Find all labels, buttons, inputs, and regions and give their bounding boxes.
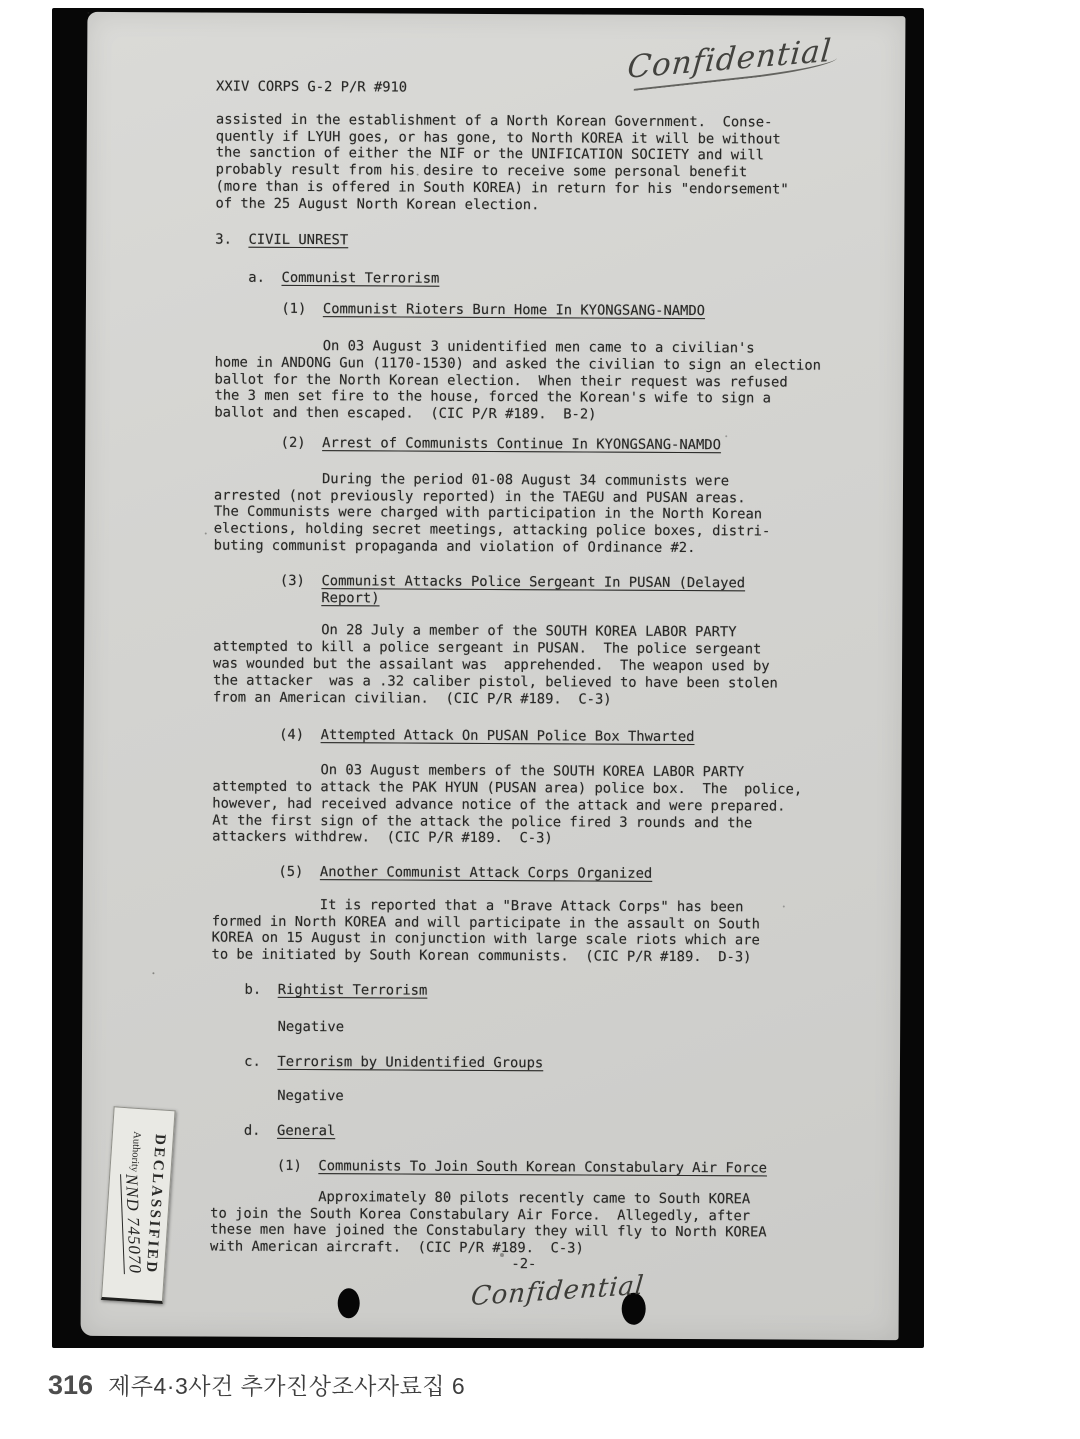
item-a3-title: Communist Attacks Police Sergeant In PUS… (321, 573, 745, 591)
section-3-number: 3. (215, 231, 248, 247)
subsection-a-heading: a. Communist Terrorism (215, 270, 843, 290)
item-a5-paragraph: It is reported that a "Brave Attack Corp… (211, 896, 839, 966)
declassified-stamp-text: DECLASSIFIED AuthorityNND 745070 (103, 1109, 171, 1296)
typed-content: XXIV CORPS G-2 P/R #910 assisted in the … (210, 79, 844, 1275)
book-caption: 316 제주4·3사건 추가진상조사자료집 6 (48, 1368, 465, 1401)
item-a3-heading-line2: Report) (213, 589, 841, 609)
item-a1-number: (1) (215, 301, 323, 318)
item-a5-title: Another Communist Attack Corps Organized (320, 864, 652, 882)
declassified-stamp: DECLASSIFIED AuthorityNND 745070 (101, 1106, 176, 1304)
subsection-c-title: Terrorism by Unidentified Groups (277, 1054, 543, 1071)
item-a3-title-line2: Report) (321, 590, 379, 606)
item-a2-paragraph: During the period 01-08 August 34 commun… (214, 470, 842, 557)
item-a5-number: (5) (212, 864, 320, 881)
item-a2-number: (2) (214, 434, 322, 451)
handwritten-confidential-bottom: Confidential (470, 1271, 646, 1312)
subsection-b-negative: Negative (211, 1018, 839, 1038)
subsection-d-heading: d. General (211, 1123, 839, 1143)
item-a5-heading: (5) Another Communist Attack Corps Organ… (212, 864, 840, 884)
item-a3-number: (3) (213, 572, 321, 589)
item-d1-title: Communists To Join South Korean Constabu… (318, 1158, 767, 1176)
item-a1-heading: (1) Communist Rioters Burn Home In KYONG… (215, 301, 843, 321)
subsection-a-letter: a. (215, 270, 282, 286)
item-a4-heading: (4) Attempted Attack On PUSAN Police Box… (213, 727, 841, 747)
report-header: XXIV CORPS G-2 P/R #910 (216, 79, 844, 99)
book-title-text: 제주4·3사건 추가진상조사자료집 6 (108, 1368, 465, 1401)
scanned-document-image: Confidential XXIV CORPS G-2 P/R #910 ass… (52, 8, 924, 1348)
item-d1-paragraph: Approximately 80 pilots recently came to… (210, 1188, 838, 1258)
document-paper: Confidential XXIV CORPS G-2 P/R #910 ass… (81, 12, 906, 1340)
paper-speckles (87, 12, 89, 14)
subsection-b-heading: b. Rightist Terrorism (211, 982, 839, 1002)
item-a3-line2-indent (213, 589, 321, 606)
section-3-title: CIVIL UNREST (248, 231, 348, 248)
item-d1-heading: (1) Communists To Join South Korean Cons… (210, 1158, 838, 1178)
item-a4-number: (4) (213, 727, 321, 744)
subsection-a-title: Communist Terrorism (281, 270, 439, 287)
authority-number-handwritten: NND 745070 (120, 1174, 145, 1275)
subsection-c-heading: c. Terrorism by Unidentified Groups (211, 1053, 839, 1073)
item-a1-paragraph: On 03 August 3 unidentified men came to … (214, 338, 842, 425)
subsection-d-title: General (277, 1123, 335, 1139)
authority-label: Authority (128, 1131, 142, 1172)
subsection-c-letter: c. (211, 1053, 278, 1069)
section-3-heading: 3. CIVIL UNREST (215, 231, 843, 251)
subsection-b-letter: b. (211, 982, 278, 998)
item-a2-title: Arrest of Communists Continue In KYONGSA… (322, 435, 721, 453)
intro-paragraph: assisted in the establishment of a North… (215, 111, 844, 215)
item-d1-number: (1) (210, 1158, 318, 1175)
subsection-c-negative: Negative (211, 1088, 839, 1108)
item-a1-title: Communist Rioters Burn Home In KYONGSANG… (323, 301, 705, 319)
subsection-d-letter: d. (211, 1123, 278, 1139)
book-page-number: 316 (48, 1370, 93, 1401)
item-a3-paragraph: On 28 July a member of the SOUTH KOREA L… (213, 622, 841, 709)
handwritten-confidential-top: Confidential (626, 33, 833, 86)
item-a4-title: Attempted Attack On PUSAN Police Box Thw… (321, 727, 695, 745)
item-a4-paragraph: On 03 August members of the SOUTH KOREA … (212, 762, 840, 849)
punch-hole-left (338, 1288, 360, 1318)
page-number: -2- (210, 1255, 838, 1275)
subsection-b-title: Rightist Terrorism (278, 982, 428, 999)
item-a2-heading: (2) Arrest of Communists Continue In KYO… (214, 434, 842, 454)
